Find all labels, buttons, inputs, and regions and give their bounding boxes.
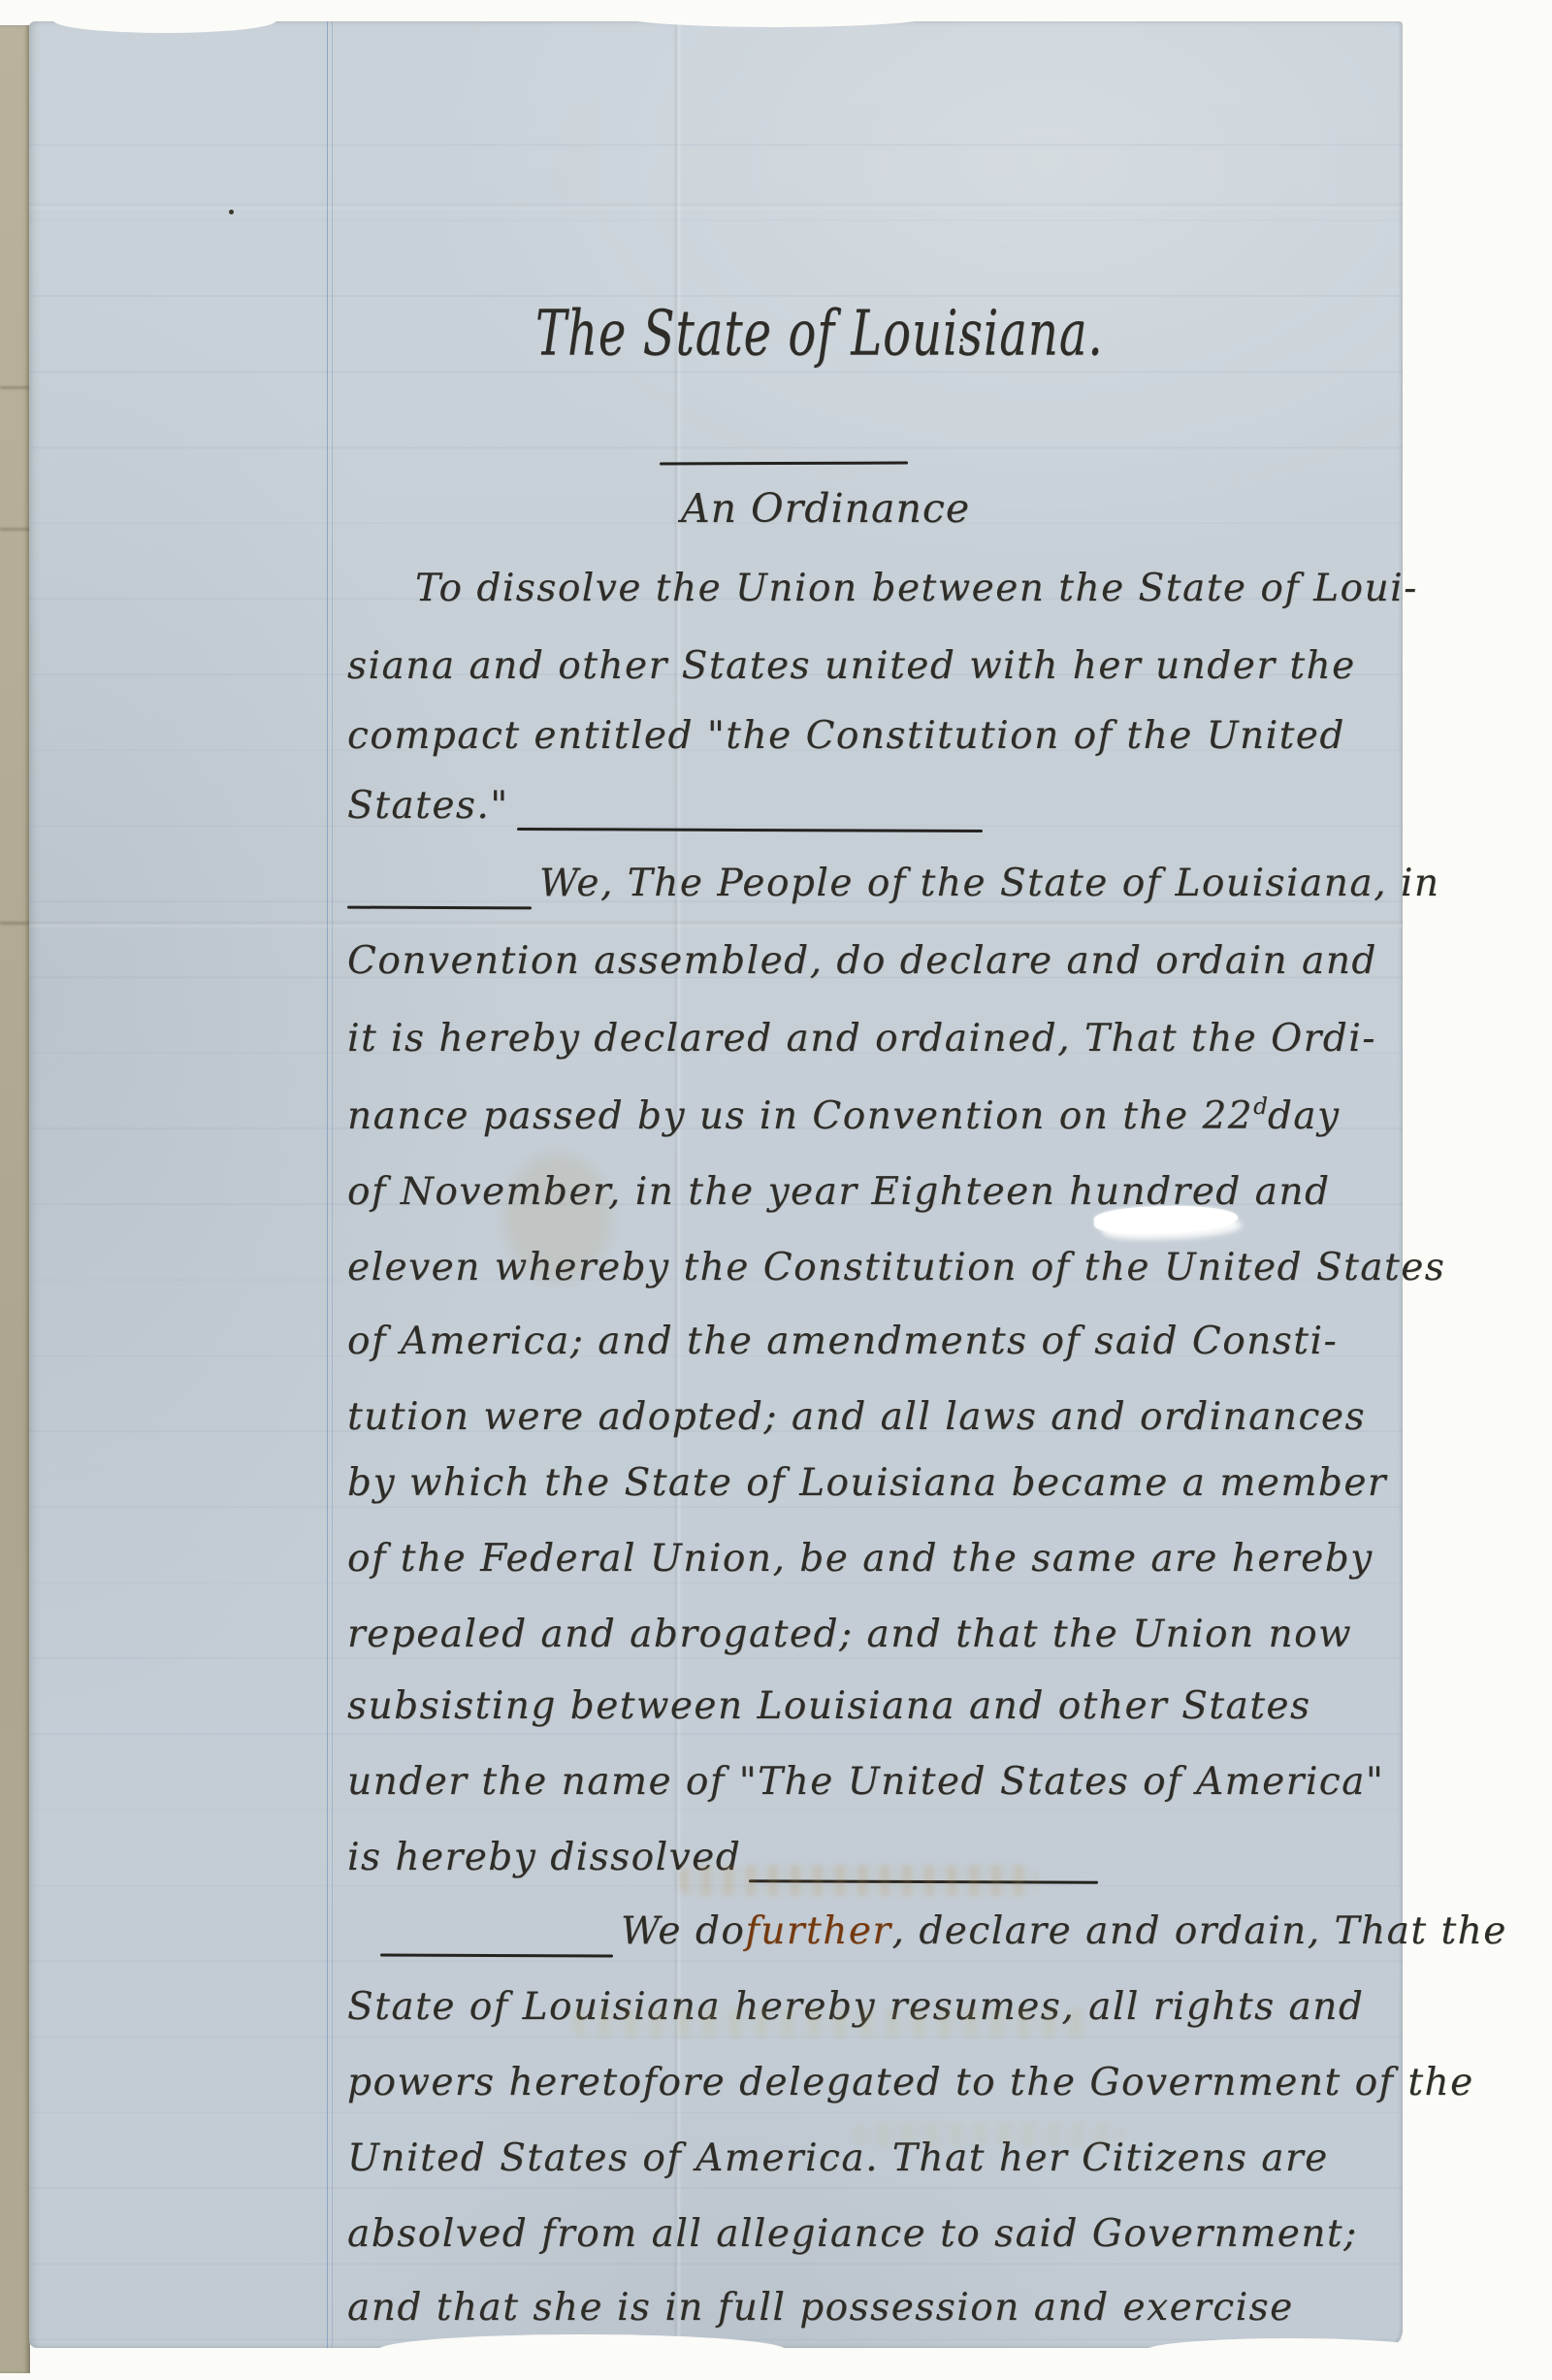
manuscript-line: siana and other States united with her u… bbox=[347, 644, 1356, 701]
manuscript-line: by which the State of Louisiana became a… bbox=[347, 1461, 1387, 1517]
manuscript-line: nance passed by us in Convention on the … bbox=[347, 1094, 1341, 1151]
manuscript-line: and that she is in full possession and e… bbox=[347, 2286, 1294, 2342]
page-edge-nick bbox=[621, 6, 931, 27]
fold-mark bbox=[0, 386, 30, 389]
fold-mark bbox=[0, 922, 30, 925]
manuscript-line: of the Federal Union, be and the same ar… bbox=[347, 1537, 1374, 1593]
page-title: The State of Louisiana. bbox=[535, 297, 1104, 371]
line-text: States." bbox=[347, 784, 509, 828]
line-text: We, The People of the State of Louisiana… bbox=[539, 862, 1440, 905]
ordinance-heading: An Ordinance bbox=[681, 485, 970, 532]
manuscript-line: eleven whereby the Constitution of the U… bbox=[347, 1246, 1445, 1302]
horizontal-fold-crease bbox=[29, 920, 1403, 929]
line-text: nance passed by us in Convention on the … bbox=[347, 1094, 1253, 1138]
margin-line bbox=[327, 21, 333, 2348]
line-text: and that she is in full possession and e… bbox=[347, 2286, 1294, 2330]
horizontal-fold-crease bbox=[29, 202, 1403, 211]
manuscript-line: United States of America. That her Citiz… bbox=[347, 2136, 1329, 2193]
manuscript-line: We, The People of the State of Louisiana… bbox=[347, 862, 1440, 918]
page-edge-nick bbox=[53, 8, 276, 33]
manuscript-line: of America; and the amendments of said C… bbox=[347, 1320, 1338, 1376]
ghost-text-smudge bbox=[854, 2123, 1125, 2146]
manuscript-line: We do further, declare and ordain, That … bbox=[380, 1909, 1507, 1966]
line-text: siana and other States united with her u… bbox=[347, 644, 1356, 688]
manuscript-line: it is hereby declared and ordained, That… bbox=[347, 1017, 1376, 1073]
handwritten-rule bbox=[517, 828, 983, 832]
line-text: , declare and ordain, That the bbox=[892, 1909, 1507, 1953]
line-text: To dissolve the Union between the State … bbox=[415, 567, 1418, 610]
ink-speck bbox=[229, 210, 234, 214]
manuscript-line: powers heretofore delegated to the Gover… bbox=[347, 2061, 1474, 2117]
line-text: tution were adopted; and all laws and or… bbox=[347, 1395, 1366, 1439]
manuscript-line: subsisting between Louisiana and other S… bbox=[347, 1684, 1311, 1741]
manuscript-line: compact entitled "the Constitution of th… bbox=[347, 714, 1345, 770]
line-text: of America; and the amendments of said C… bbox=[347, 1320, 1338, 1363]
line-text: absolved from all allegiance to said Gov… bbox=[347, 2212, 1358, 2256]
manuscript-line: absolved from all allegiance to said Gov… bbox=[347, 2212, 1358, 2268]
ghost-text-smudge bbox=[679, 1865, 1038, 1896]
line-text: compact entitled "the Constitution of th… bbox=[347, 714, 1345, 758]
fold-mark bbox=[0, 528, 30, 531]
line-text: Convention assembled, do declare and ord… bbox=[347, 939, 1377, 983]
line-text: eleven whereby the Constitution of the U… bbox=[347, 1246, 1445, 1289]
line-text: it is hereby declared and ordained, That… bbox=[347, 1017, 1376, 1060]
manuscript-line: To dissolve the Union between the State … bbox=[415, 567, 1418, 623]
line-text-brown-ink: further bbox=[745, 1909, 891, 1953]
manuscript-line: under the name of "The United States of … bbox=[347, 1760, 1384, 1816]
manuscript-scan: The State of Louisiana. An Ordinance To … bbox=[0, 0, 1552, 2380]
line-text: by which the State of Louisiana became a… bbox=[347, 1461, 1387, 1505]
handwritten-rule bbox=[347, 906, 532, 910]
line-text: United States of America. That her Citiz… bbox=[347, 2136, 1329, 2180]
manuscript-line: repealed and abrogated; and that the Uni… bbox=[347, 1613, 1352, 1669]
line-text: day bbox=[1268, 1094, 1341, 1138]
manuscript-line: Convention assembled, do declare and ord… bbox=[347, 939, 1377, 995]
manuscript-line: tution were adopted; and all laws and or… bbox=[347, 1395, 1366, 1451]
line-text: subsisting between Louisiana and other S… bbox=[347, 1684, 1311, 1728]
line-text: of the Federal Union, be and the same ar… bbox=[347, 1537, 1374, 1581]
manuscript-line: States." bbox=[347, 784, 990, 840]
ghost-text-smudge bbox=[572, 2008, 1096, 2038]
superscript: d bbox=[1253, 1094, 1268, 1120]
adjacent-page-edge bbox=[0, 25, 30, 2373]
line-text: under the name of "The United States of … bbox=[347, 1760, 1384, 1804]
line-text: powers heretofore delegated to the Gover… bbox=[347, 2061, 1474, 2104]
line-text: repealed and abrogated; and that the Uni… bbox=[347, 1613, 1352, 1656]
handwritten-rule bbox=[380, 1953, 613, 1957]
line-text: We do bbox=[621, 1909, 745, 1953]
